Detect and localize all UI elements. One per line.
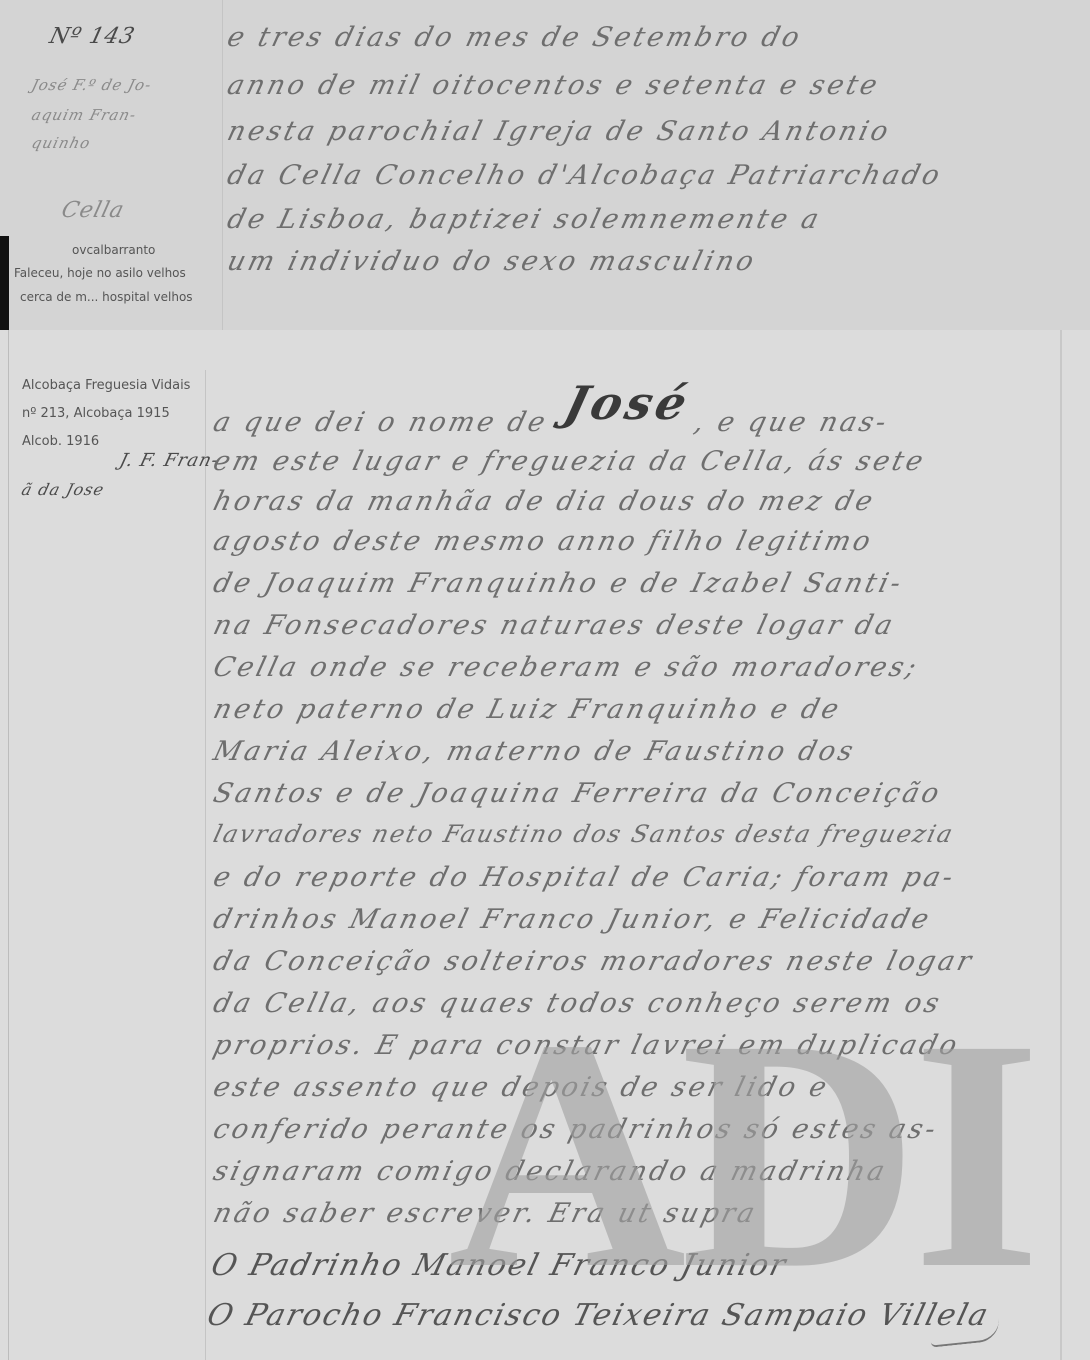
left-page-edge bbox=[8, 330, 9, 1360]
margin-annotation-insert: ovcalbarranto bbox=[72, 243, 155, 257]
margin-pencil-note: nº 213, Alcobaça 1915 bbox=[22, 406, 170, 421]
record-text-line: Maria Aleixo, materno de Faustino dos bbox=[210, 736, 859, 767]
margin-pencil-note: Alcobaça Freguesia Vidais bbox=[22, 378, 190, 393]
top-page-fragment: Nº 143 José F.º de Jo- aquim Fran- quinh… bbox=[0, 0, 1090, 332]
record-text-line: e do reporte do Hospital de Caria; foram… bbox=[210, 862, 959, 893]
scan-edge-shadow bbox=[0, 236, 9, 332]
record-text-line: a que dei o nome de bbox=[210, 407, 551, 438]
record-text-line: drinhos Manoel Franco Junior, e Felicida… bbox=[210, 904, 935, 935]
margin-annotation: Faleceu, hoje no asilo velhos bbox=[14, 266, 186, 280]
margin-annotation: cerca de m... hospital velhos bbox=[20, 290, 193, 304]
bottom-page-fragment: Alcobaça Freguesia Vidais nº 213, Alcoba… bbox=[0, 330, 1090, 1360]
margin-name-line: José F.º de Jo- bbox=[30, 76, 154, 94]
margin-signature-tail: ã da Jose bbox=[20, 480, 107, 499]
record-text-line: da Cella Concelho d'Alcobaça Patriarchad… bbox=[224, 160, 946, 191]
right-page-edge bbox=[1060, 330, 1062, 1360]
record-text-line: este assento que depois de ser lido e bbox=[210, 1072, 832, 1103]
godfather-signature: O Padrinho Manoel Franco Junior bbox=[208, 1248, 791, 1283]
record-text-line: e tres dias do mes de Setembro do bbox=[224, 22, 805, 53]
margin-name-line: quinho bbox=[30, 134, 93, 152]
record-text-line: em este lugar e freguezia da Cella, ás s… bbox=[210, 446, 929, 477]
record-first-line: a que dei o nome de José , e que nas- bbox=[214, 388, 889, 442]
record-text-line: nesta parochial Igreja de Santo Antonio bbox=[224, 116, 894, 147]
margin-rule bbox=[205, 370, 206, 1360]
record-text-line: um individuo do sexo masculino bbox=[224, 246, 760, 277]
margin-name-line: aquim Fran- bbox=[30, 106, 139, 124]
margin-signature: J. F. Fran- bbox=[117, 450, 221, 471]
record-text-line: signaram comigo declarando a madrinha bbox=[210, 1156, 891, 1187]
record-text-line: lavradores neto Faustino dos Santos dest… bbox=[211, 820, 958, 848]
record-text-line: conferido perante os padrinhos só estes … bbox=[210, 1114, 941, 1145]
record-text-line: Cella onde se receberam e são moradores; bbox=[210, 652, 922, 683]
record-text-line: não saber escrever. Era ut supra bbox=[210, 1198, 761, 1229]
entry-number: Nº 143 bbox=[47, 24, 138, 49]
record-text-line: neto paterno de Luiz Franquinho e de bbox=[210, 694, 845, 725]
margin-place: Cella bbox=[59, 198, 127, 223]
record-text-line: anno de mil oitocentos e setenta e sete bbox=[224, 70, 883, 101]
record-text-line: horas da manhãa de dia dous do mez de bbox=[210, 486, 879, 517]
parish-priest-signature: O Parocho Francisco Teixeira Sampaio Vil… bbox=[204, 1298, 994, 1333]
record-text-line: na Fonsecadores naturaes deste logar da bbox=[210, 610, 898, 641]
child-name: José bbox=[560, 376, 697, 430]
margin-rule bbox=[222, 0, 223, 332]
record-text-line: de Joaquim Franquinho e de Izabel Santi- bbox=[210, 568, 907, 599]
record-text-line: de Lisboa, baptizei solemnemente a bbox=[224, 204, 825, 235]
record-text-line: da Conceição solteiros moradores neste l… bbox=[210, 946, 977, 977]
record-text-line: da Cella, aos quaes todos conheço serem … bbox=[210, 988, 945, 1019]
record-text-line: proprios. E para constar lavrei em dupli… bbox=[210, 1030, 963, 1061]
record-text-line: , e que nas- bbox=[691, 407, 892, 438]
record-text-line: agosto deste mesmo anno filho legitimo bbox=[210, 526, 876, 557]
record-text-line: Santos e de Joaquina Ferreira da Conceiç… bbox=[210, 778, 945, 809]
margin-pencil-note: Alcob. 1916 bbox=[22, 434, 99, 449]
